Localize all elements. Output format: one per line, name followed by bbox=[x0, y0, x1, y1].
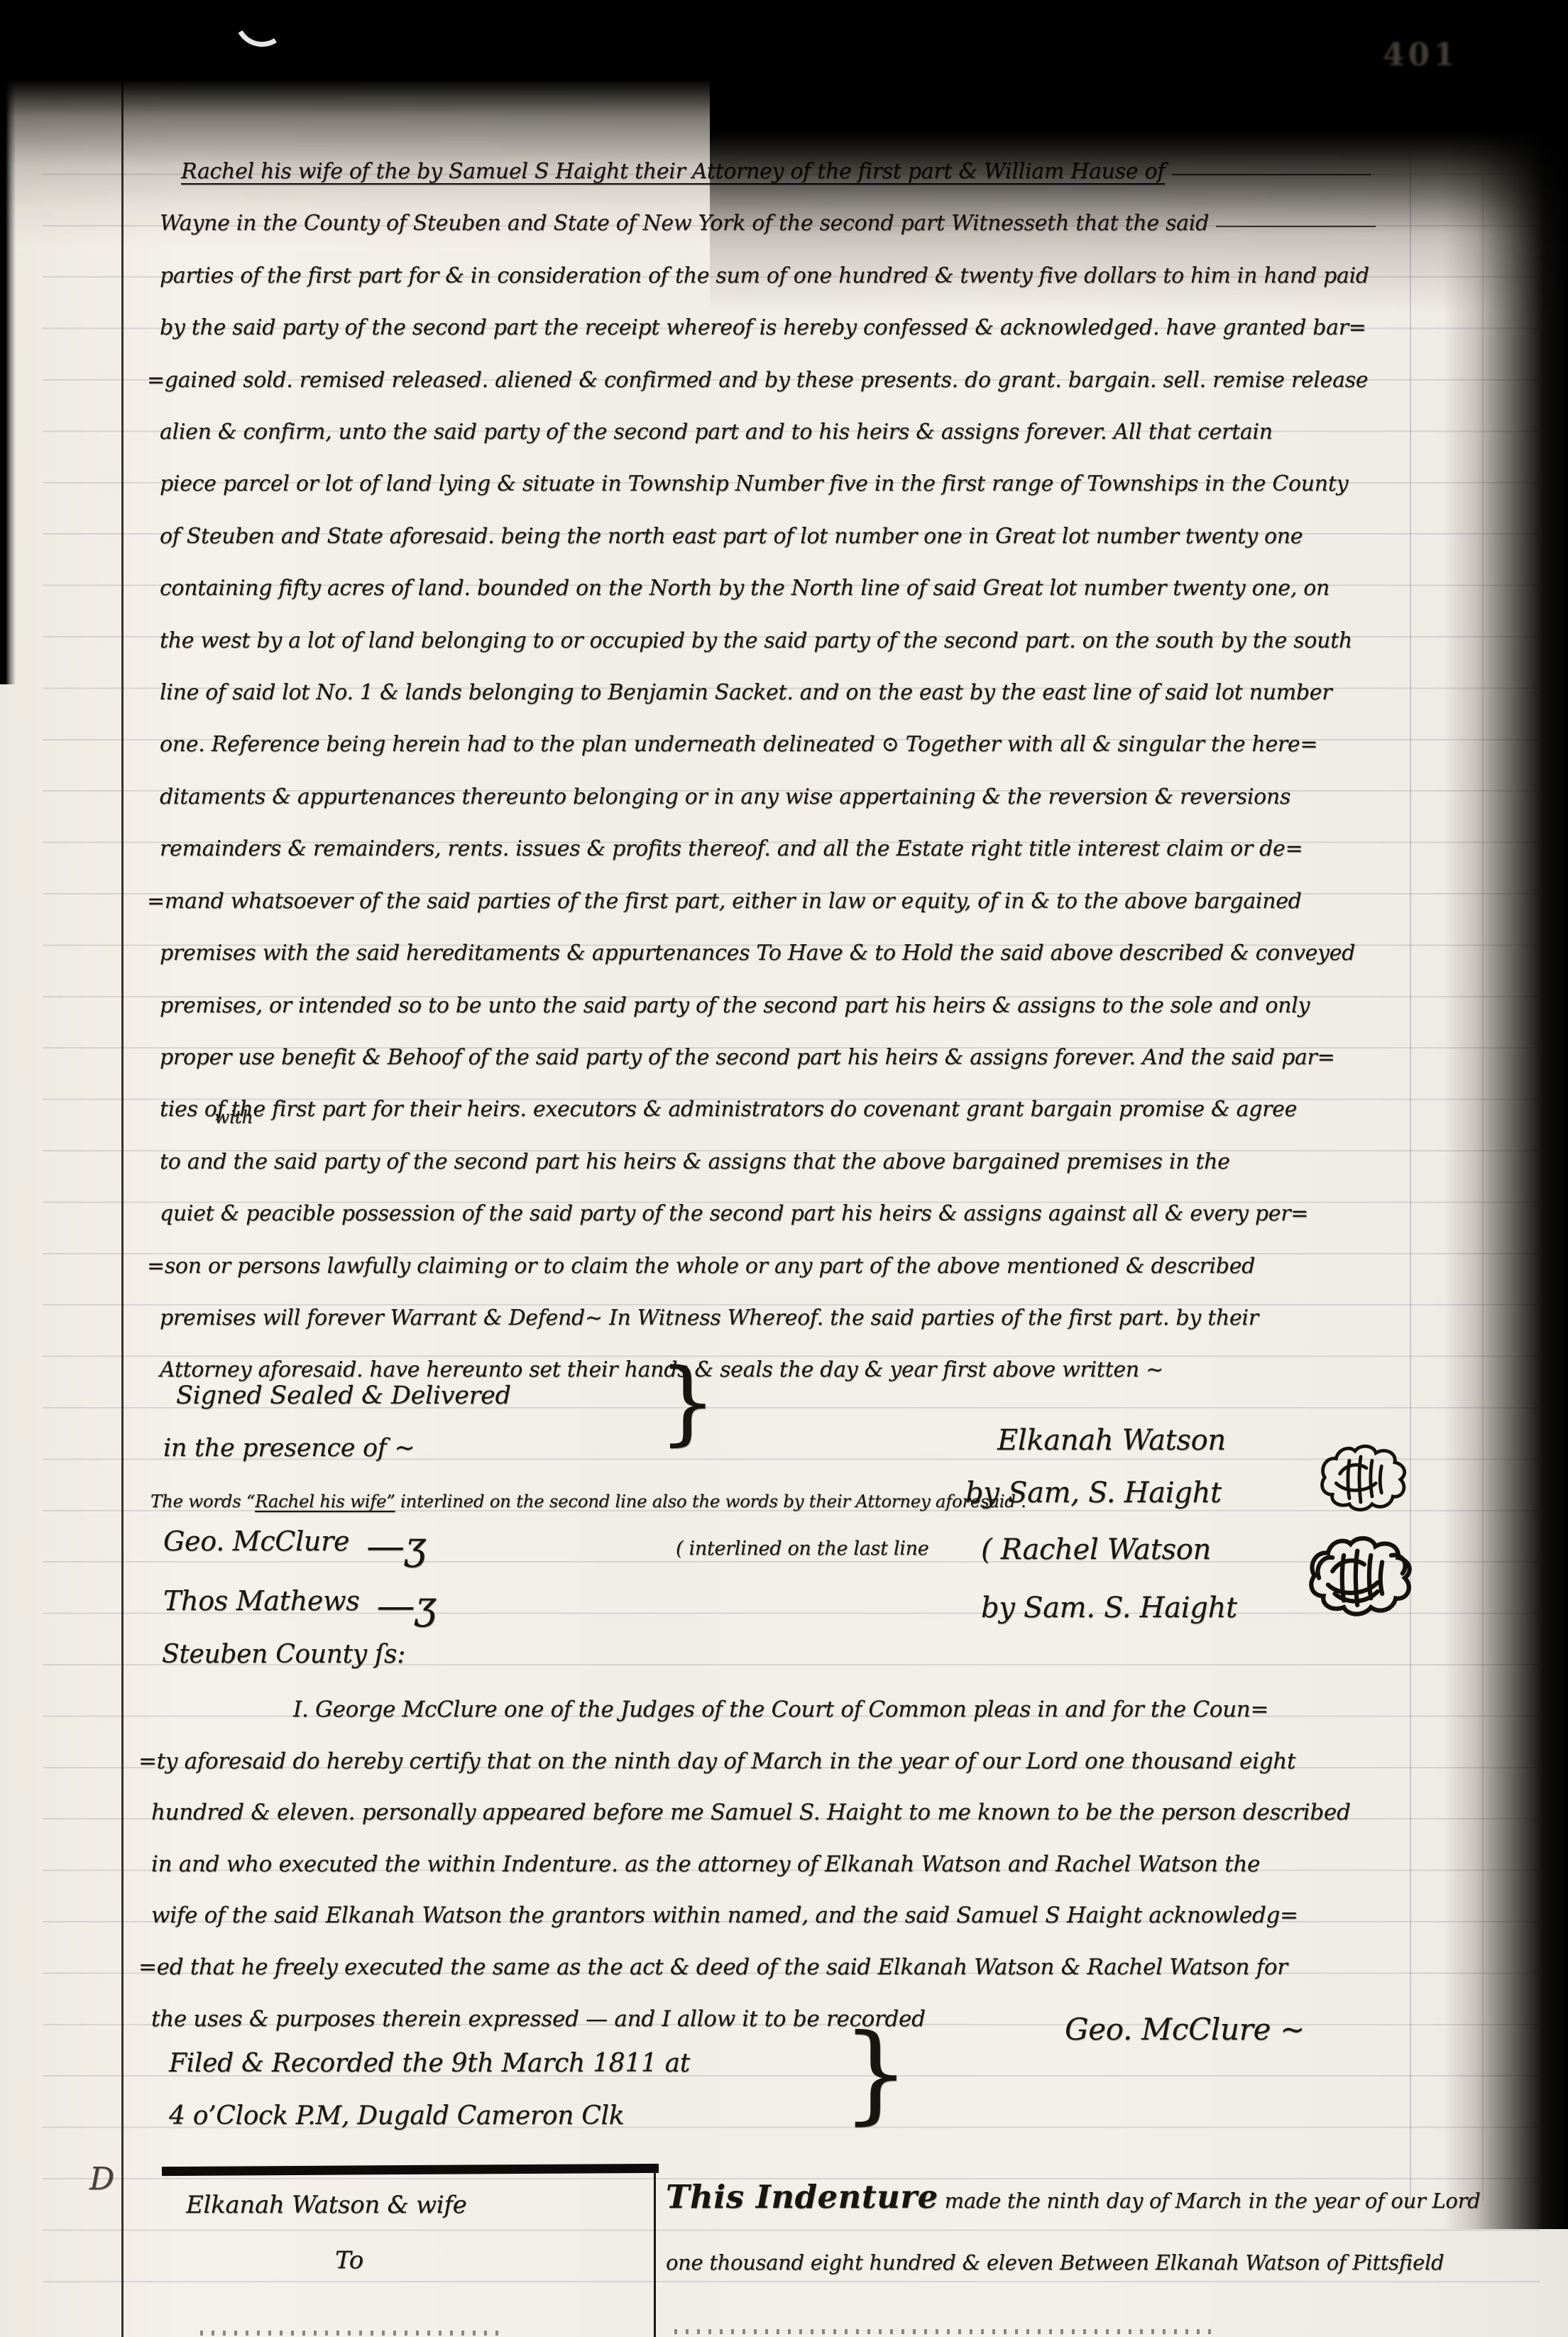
acknowledgment-line: I. George McClure one of the Judges of t… bbox=[151, 1684, 1351, 1736]
scanned-deed-page: Rachel his wife of the by Samuel S Haigh… bbox=[0, 0, 1568, 2337]
deed-line: =son or persons lawfully claiming or to … bbox=[147, 1240, 1376, 1292]
deed-line: alien & confirm, unto the said party of … bbox=[160, 406, 1376, 458]
signature-elkanah-watson: Elkanah Watson bbox=[997, 1424, 1226, 1457]
deed-line: =gained sold. remised released. aliened … bbox=[147, 354, 1376, 406]
interlined-word: with bbox=[214, 1107, 253, 1127]
note-suffix: interlined on the second line also the w… bbox=[395, 1491, 1026, 1511]
deed-line: proper use benefit & Behoof of the said … bbox=[160, 1031, 1376, 1083]
witness-name: Geo. McClure bbox=[163, 1526, 349, 1557]
clipped-text-remnant bbox=[200, 2331, 498, 2336]
interlineation-note: The words “Rachel his wife” interlined o… bbox=[150, 1491, 1026, 1511]
indenture-heading: This Indenture bbox=[666, 2178, 938, 2216]
signed-sealed-line: Signed Sealed & Delivered bbox=[176, 1381, 511, 1410]
indenture-heading-rest: made the ninth day of March in the year … bbox=[938, 2189, 1481, 2213]
deed-body: Rachel his wife of the by Samuel S Haigh… bbox=[160, 146, 1376, 1396]
witness-name: Thos Mathews bbox=[163, 1585, 360, 1616]
acknowledgment-line: in and who executed the within Indenture… bbox=[151, 1839, 1351, 1890]
interlineation-aside: ( interlined on the last line bbox=[676, 1538, 928, 1560]
next-indenture-line-1: This Indenture made the ninth day of Mar… bbox=[666, 2178, 1480, 2216]
deed-line: of Steuben and State aforesaid. being th… bbox=[160, 510, 1376, 562]
deed-line: containing fifty acres of land. bounded … bbox=[160, 562, 1376, 614]
next-indenture-line-2: one thousand eight hundred & eleven Betw… bbox=[666, 2250, 1444, 2275]
note-underlined-words: Rachel his wife” bbox=[255, 1491, 395, 1511]
signature-rachel-watson: ( Rachel Watson bbox=[981, 1533, 1211, 1566]
deed-line: premises, or intended so to be unto the … bbox=[160, 980, 1376, 1031]
note-prefix: The words “ bbox=[150, 1491, 255, 1511]
pen-flourish: —ʒ bbox=[366, 1523, 426, 1568]
deed-line: to and the said party of the second part… bbox=[160, 1136, 1376, 1188]
deed-line: quiet & peacible possession of the said … bbox=[160, 1188, 1376, 1239]
page-number-stamp: 401 bbox=[1383, 37, 1459, 73]
index-cell-rule bbox=[654, 2171, 656, 2337]
witness-signature-mathews: Thos Mathews—ʒ bbox=[163, 1583, 436, 1628]
deed-line: by the said party of the second part the… bbox=[160, 302, 1376, 354]
clipped-text-remnant bbox=[674, 2329, 1214, 2334]
deed-line: piece parcel or lot of land lying & situ… bbox=[160, 458, 1376, 510]
deed-line: parties of the first part for & in consi… bbox=[160, 250, 1376, 302]
wax-seal-elkanah bbox=[1310, 1440, 1418, 1514]
attestation-brace: } bbox=[659, 1357, 716, 1448]
deed-line: Wayne in the County of Steuben and State… bbox=[160, 197, 1376, 249]
filing-line-2: 4 o’Clock P.M, Dugald Cameron Clk bbox=[169, 2101, 624, 2130]
acknowledgment-line: wife of the said Elkanah Watson the gran… bbox=[151, 1890, 1351, 1942]
filing-brace: } bbox=[842, 2020, 909, 2127]
margin-doodle: D bbox=[89, 2161, 114, 2197]
ledger-vertical-rule bbox=[1482, 170, 1484, 2201]
deed-line: =mand whatsoever of the said parties of … bbox=[147, 875, 1376, 927]
acknowledgment-line: =ty aforesaid do hereby certify that on … bbox=[138, 1736, 1351, 1788]
signature-by-haight-1: by Sam, S. Haight bbox=[965, 1477, 1222, 1509]
acknowledgment-paragraph: I. George McClure one of the Judges of t… bbox=[151, 1684, 1351, 2045]
deed-line: Rachel his wife of the by Samuel S Haigh… bbox=[160, 146, 1376, 197]
judge-signature-mcclure: Geo. McClure ~ bbox=[1065, 2012, 1305, 2047]
deed-line: ties of the first part for their heirs. … bbox=[160, 1083, 1376, 1135]
wax-seal-rachel bbox=[1296, 1531, 1425, 1619]
pen-flourish: —ʒ bbox=[377, 1583, 437, 1628]
deed-line: one. Reference being herein had to the p… bbox=[160, 718, 1376, 770]
filing-line-1: Filed & Recorded the 9th March 1811 at bbox=[169, 2049, 690, 2078]
deed-line: premises with the said hereditaments & a… bbox=[160, 927, 1376, 979]
index-grantor-party: Elkanah Watson & wife bbox=[186, 2191, 466, 2219]
deed-line: the west by a lot of land belonging to o… bbox=[160, 615, 1376, 667]
signature-by-haight-2: by Sam. S. Haight bbox=[981, 1592, 1237, 1624]
deed-line: line of said lot No. 1 & lands belonging… bbox=[160, 667, 1376, 718]
witness-signature-mcclure: Geo. McClure—ʒ bbox=[163, 1523, 426, 1568]
venue-caption: Steuben County ſs: bbox=[162, 1640, 405, 1669]
acknowledgment-line: hundred & eleven. personally appeared be… bbox=[151, 1787, 1351, 1839]
acknowledgment-line: =ed that he freely executed the same as … bbox=[138, 1942, 1351, 1993]
ink-margin-line bbox=[121, 65, 124, 2337]
deed-line: ditaments & appurtenances thereunto belo… bbox=[160, 771, 1376, 823]
deed-line: premises will forever Warrant & Defend~ … bbox=[160, 1292, 1376, 1344]
ledger-vertical-rule bbox=[1410, 149, 1411, 2208]
presence-line: in the presence of ~ bbox=[163, 1434, 415, 1462]
deed-line: remainders & remainders, rents. issues &… bbox=[160, 823, 1376, 875]
index-to-label: To bbox=[335, 2246, 363, 2275]
